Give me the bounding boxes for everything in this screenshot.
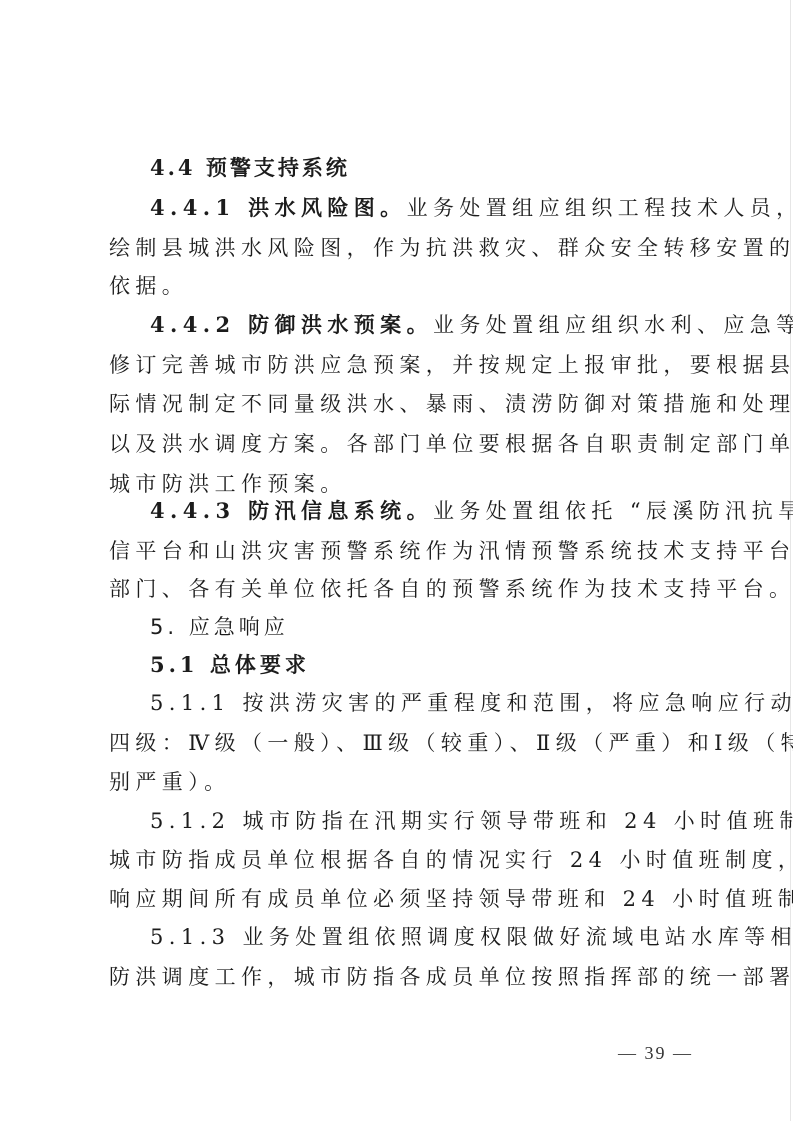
paragraph-5-1-1-line-3: 别严重）。	[109, 768, 699, 796]
paragraph-5-1-1-line-2: 四级：Ⅳ级（一般）、Ⅲ级（较重）、Ⅱ级（严重）和Ⅰ级（特	[109, 729, 699, 757]
document-page: 4.4 预警支持系统 4.4.1 洪水风险图。业务处置组应组织工程技术人员，研究…	[0, 0, 793, 1121]
paragraph-4-4-2-line-4: 以及洪水调度方案。各部门单位要根据各自职责制定部门单位的	[109, 430, 699, 458]
paragraph-4-4-1-line-2: 绘制县城洪水风险图，作为抗洪救灾、群众安全转移安置的决策	[109, 234, 699, 262]
paragraph-4-4-2-line-5: 城市防洪工作预案。	[109, 470, 699, 498]
page-number: — 39 —	[618, 1043, 693, 1064]
paragraph-5-1-2-line-2: 城市防指成员单位根据各自的情况实行 24 小时值班制度，应急	[109, 846, 699, 874]
paragraph-text: 业务处置组应组织水利、应急等部门	[433, 313, 793, 337]
section-heading-5: 5. 应急响应	[150, 613, 699, 641]
paragraph-5-1-3-line-1: 5.1.3 业务处置组依照调度权限做好流域电站水库等相关	[150, 923, 699, 951]
paragraph-5-1-2-line-3: 响应期间所有成员单位必须坚持领导带班和 24 小时值班制度。	[109, 885, 699, 913]
paragraph-4-4-2-line-2: 修订完善城市防洪应急预案，并按规定上报审批，要根据县城实	[109, 351, 699, 379]
paragraph-lead: 4.4.3 防汛信息系统。	[150, 498, 433, 523]
paragraph-4-4-1-line-1: 4.4.1 洪水风险图。业务处置组应组织工程技术人员，研究	[150, 194, 699, 222]
paragraph-5-1-3-line-2: 防洪调度工作，城市防指各成员单位按照指挥部的统一部署和职	[109, 963, 699, 991]
section-heading-5-1: 5.1 总体要求	[150, 651, 699, 679]
paragraph-text: 业务处置组依托 “辰溪防汛抗旱”短	[433, 499, 793, 523]
paragraph-4-4-1-line-3: 依据。	[109, 272, 699, 300]
paragraph-4-4-3-line-1: 4.4.3 防汛信息系统。业务处置组依托 “辰溪防汛抗旱”短	[150, 497, 699, 525]
paragraph-lead: 4.4.2 防御洪水预案。	[150, 312, 433, 337]
paragraph-lead: 4.4.1 洪水风险图。	[150, 195, 407, 220]
paragraph-5-1-2-line-1: 5.1.2 城市防指在汛期实行领导带班和 24 小时值班制度，	[150, 807, 699, 835]
paragraph-text: 业务处置组应组织工程技术人员，研究	[407, 196, 793, 220]
paragraph-4-4-2-line-1: 4.4.2 防御洪水预案。业务处置组应组织水利、应急等部门	[150, 311, 699, 339]
paragraph-5-1-1-line-1: 5.1.1 按洪涝灾害的严重程度和范围，将应急响应行动分为	[150, 689, 699, 717]
paragraph-4-4-2-line-3: 际情况制定不同量级洪水、暴雨、渍涝防御对策措施和处理方案	[109, 390, 699, 418]
section-heading-4-4: 4.4 预警支持系统	[150, 154, 699, 182]
paragraph-4-4-3-line-3: 部门、各有关单位依托各自的预警系统作为技术支持平台。	[109, 575, 699, 603]
paragraph-4-4-3-line-2: 信平台和山洪灾害预警系统作为汛情预警系统技术支持平台。各	[109, 537, 699, 565]
